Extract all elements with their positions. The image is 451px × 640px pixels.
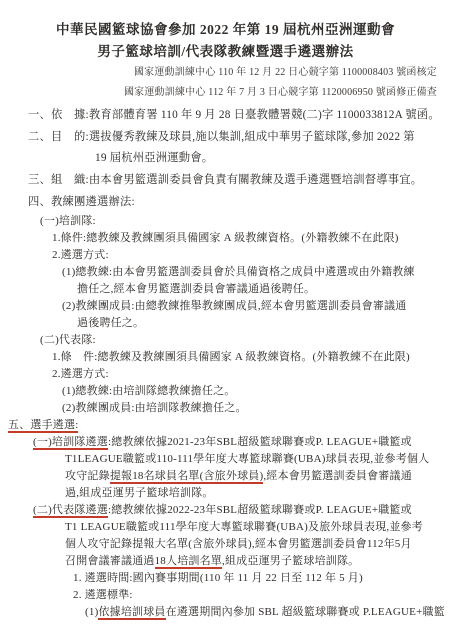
text-segment: :總教練依據2021-23年SBL超級籃球聯賽或P. LEAGUE+職籃或 xyxy=(108,436,412,448)
document-line: (一)培訓隊: xyxy=(0,213,451,230)
text-segment: (2)教練團成員:由總教練推舉教練團成員,經本會男籃選訓委員會審議通 xyxy=(62,300,406,312)
text-segment: (1) xyxy=(85,606,98,618)
text-segment: 四、教練團遴選辦法: xyxy=(28,196,135,208)
red-underlined-text: 依據培訓球員 xyxy=(98,606,165,620)
text-segment: 2.遴選方式: xyxy=(52,368,109,380)
document-line: 19 屆杭州亞洲運動會。 xyxy=(0,148,451,170)
document-line: 過後聘任之。 xyxy=(0,315,451,332)
document-title-line-2: 男子籃球培訓/代表隊教練暨選手遴選辦法 xyxy=(0,41,451,63)
approval-notes: 國家運動訓練中心 110 年 12 月 22 日心競字第 1100008403 … xyxy=(0,63,451,103)
text-segment: 1. 遴選時間:國內賽事期間(110 年 11 月 22 日至 112 年 5 … xyxy=(73,572,363,584)
document-line: 擔任之,經本會男籃選訓委員會審議通過後聘任。 xyxy=(0,281,451,298)
text-segment: ,經本會男籃選訓委員會審議通 xyxy=(263,470,412,482)
document-line: (二)代表隊: xyxy=(0,332,451,349)
red-underlined-text: (二)代表隊遴選 xyxy=(33,504,108,518)
text-segment: T1 LEAGUE職籃或111學年度大專籃球聯賽(UBA)及旅外球員表現,並參考 xyxy=(65,521,423,533)
text-segment: 擔任之,經本會男籃選訓委員會審議通過後聘任。 xyxy=(77,283,315,295)
document-line: 2. 遴選標準: xyxy=(0,587,451,604)
document-line: 2.遴選方式: xyxy=(0,247,451,264)
document-page: 中華民國籃球協會參加 2022 年第 19 屆杭州亞洲運動會 男子籃球培訓/代表… xyxy=(0,0,451,640)
text-segment: (1)總教練:由本會男籃選訓委員會於具備資格之成員中遴選或由外籍教練 xyxy=(62,266,415,278)
document-line: (1)總教練:由培訓隊總教練擔任之。 xyxy=(0,383,451,400)
document-line: 過,組成亞運男子籃球培訓隊。 xyxy=(0,485,451,502)
document-line: 二、目 的:選拔優秀教練及球員,施以集訓,組成中華男子籃球隊,參加 2022 第 xyxy=(0,127,451,149)
document-line: (2)教練團成員:由總教練推舉教練團成員,經本會男籃選訓委員會審議通 xyxy=(0,298,451,315)
approval-note-1: 國家運動訓練中心 110 年 12 月 22 日心競字第 1100008403 … xyxy=(0,63,451,83)
text-segment: 個人攻守記錄提報大名單(含旅外球員),經本會男籃選訓委員會112年5月 xyxy=(65,538,412,550)
text-segment: 2. 遴選標準: xyxy=(73,589,133,601)
document-line: (一)培訓隊遴選:總教練依據2021-23年SBL超級籃球聯賽或P. LEAGU… xyxy=(0,434,451,451)
document-line: (1)總教練:由本會男籃選訓委員會於具備資格之成員中遴選或由外籍教練 xyxy=(0,264,451,281)
document-line: T1 LEAGUE職籃或111學年度大專籃球聯賽(UBA)及旅外球員表現,並參考 xyxy=(0,519,451,536)
text-segment: 1.條件:總教練及教練團須具備國家 A 級教練資格。(外籍教練不在此限) xyxy=(52,232,399,244)
document-line: 五、選手遴選: xyxy=(0,417,451,434)
text-segment: 過,組成亞運男子籃球培訓隊。 xyxy=(65,487,214,499)
document-line: 個人攻守記錄提報大名單(含旅外球員),經本會男籃選訓委員會112年5月 xyxy=(0,536,451,553)
text-segment: (一)培訓隊: xyxy=(40,215,96,227)
red-underlined-text: 提報18名球員名單(含旅外球員) xyxy=(110,470,264,484)
red-underlined-text: 五、選手遴選: xyxy=(8,419,78,433)
document-line: 攻守記錄提報18名球員名單(含旅外球員),經本會男籃選訓委員會審議通 xyxy=(0,468,451,485)
document-line: (1)依據培訓球員在遴選期間內參加 SBL 超級籃球聯賽或 P.LEAGUE+職… xyxy=(0,604,451,621)
document-line: 四、教練團遴選辦法: xyxy=(0,192,451,214)
text-segment: 一、依 據:教育部體育署 110 年 9 月 28 日臺教體署競(二)字 110… xyxy=(28,109,440,121)
text-segment: 1.條 件:總教練及教練團須具備國家 A 級教練資格。(外籍教練不在此限) xyxy=(52,351,410,363)
document-line: 召開會議審議通過18人培訓名單,組成亞運男子籃球培訓隊。 xyxy=(0,553,451,570)
text-segment: T1LEAGUE職籃或110-111學年度大專籃球聯賽(UBA)球員表現,並參考… xyxy=(65,453,429,465)
text-segment: (1)總教練:由培訓隊總教練擔任之。 xyxy=(62,385,235,397)
text-segment: :總教練依據2022-23年SBL超級籃球聯賽或P. LEAGUE+職籃或 xyxy=(108,504,412,516)
text-segment: 19 屆杭州亞洲運動會。 xyxy=(95,152,213,164)
text-segment: 二、目 的:選拔優秀教練及球員,施以集訓,組成中華男子籃球隊,參加 2022 第 xyxy=(28,131,415,143)
red-underlined-text: 18人培訓名單 xyxy=(155,555,222,569)
document-title-line-1: 中華民國籃球協會參加 2022 年第 19 屆杭州亞洲運動會 xyxy=(0,19,451,41)
text-segment: (二)代表隊: xyxy=(40,334,96,346)
document-line: (2)教練團成員:由培訓隊教練擔任之。 xyxy=(0,400,451,417)
document-line: 1.條件:總教練及教練團須具備國家 A 級教練資格。(外籍教練不在此限) xyxy=(0,230,451,247)
document-line: 一、依 據:教育部體育署 110 年 9 月 28 日臺教體署競(二)字 110… xyxy=(0,105,451,127)
approval-note-2: 國家運動訓練中心 112 年 7 月 3 日心競字第 1120006950 號函… xyxy=(0,83,451,103)
document-line: 1.條 件:總教練及教練團須具備國家 A 級教練資格。(外籍教練不在此限) xyxy=(0,349,451,366)
document-line: 1. 遴選時間:國內賽事期間(110 年 11 月 22 日至 112 年 5 … xyxy=(0,570,451,587)
text-segment: 2.遴選方式: xyxy=(52,249,109,261)
text-segment: 攻守記錄 xyxy=(65,470,110,482)
document-line: (二)代表隊遴選:總教練依據2022-23年SBL超級籃球聯賽或P. LEAGU… xyxy=(0,502,451,519)
document-line: 三、組 織:由本會男籃選訓委員會負責有關教練及選手遴選暨培訓督導事宜。 xyxy=(0,170,451,192)
document-body: 一、依 據:教育部體育署 110 年 9 月 28 日臺教體署競(二)字 110… xyxy=(0,105,451,621)
text-segment: 過後聘任之。 xyxy=(77,317,144,329)
text-segment: 召開會議審議通過 xyxy=(65,555,155,567)
text-segment: 三、組 織:由本會男籃選訓委員會負責有關教練及選手遴選暨培訓督導事宜。 xyxy=(28,174,422,186)
text-segment: ,組成亞運男子籃球培訓隊。 xyxy=(222,555,359,567)
document-line: T1LEAGUE職籃或110-111學年度大專籃球聯賽(UBA)球員表現,並參考… xyxy=(0,451,451,468)
red-underlined-text: (一)培訓隊遴選 xyxy=(33,436,108,450)
text-segment: (2)教練團成員:由培訓隊教練擔任之。 xyxy=(62,402,247,414)
document-line: 2.遴選方式: xyxy=(0,366,451,383)
text-segment: 在遴選期間內參加 SBL 超級籃球聯賽或 P.LEAGUE+職籃 xyxy=(166,606,445,618)
